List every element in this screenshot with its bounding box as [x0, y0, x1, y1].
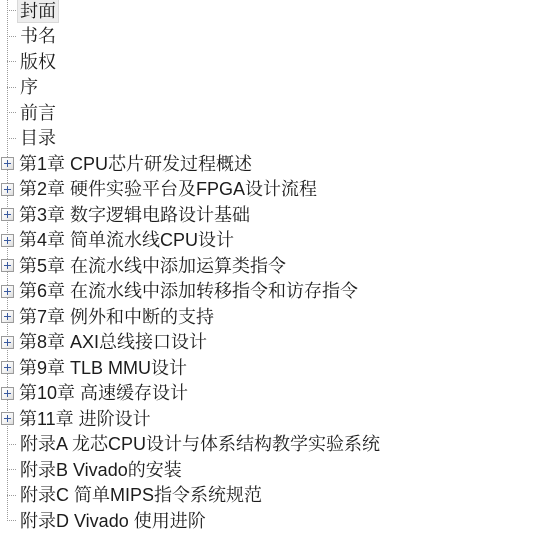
tree-branch-connector — [7, 36, 17, 37]
toc-item-label: 第3章 数字逻辑电路设计基础 — [17, 204, 252, 226]
tree-branch-connector — [7, 112, 17, 113]
expand-plus-box-icon[interactable] — [1, 387, 14, 400]
expand-plus-box-icon[interactable] — [1, 285, 14, 298]
plus-glyph-vertical — [7, 415, 8, 422]
tree-branch-connector — [7, 138, 17, 139]
toc-item[interactable]: 第3章 数字逻辑电路设计基础 — [0, 202, 539, 228]
expand-plus-box-icon[interactable] — [1, 259, 14, 272]
expand-plus-box-icon[interactable] — [1, 310, 14, 323]
toc-item[interactable]: 目录 — [0, 126, 539, 152]
toc-item[interactable]: 第2章 硬件实验平台及FPGA设计流程 — [0, 177, 539, 203]
tree-branch-connector — [7, 520, 17, 521]
toc-item[interactable]: 附录C 简单MIPS指令系统规范 — [0, 483, 539, 509]
plus-glyph-vertical — [7, 262, 8, 269]
toc-item[interactable]: 附录B Vivado的安装 — [0, 457, 539, 483]
toc-item[interactable]: 附录A 龙芯CPU设计与体系结构教学实验系统 — [0, 432, 539, 458]
plus-glyph-vertical — [7, 288, 8, 295]
tree-branch-connector — [7, 495, 17, 496]
plus-glyph-vertical — [7, 237, 8, 244]
toc-item-label: 第6章 在流水线中添加转移指令和访存指令 — [17, 280, 360, 302]
expand-plus-box-icon[interactable] — [1, 183, 14, 196]
toc-item-label: 封面 — [18, 0, 58, 22]
toc-item-label: 第11章 进阶设计 — [17, 408, 153, 430]
toc-item-label: 附录D Vivado 使用进阶 — [18, 510, 208, 532]
toc-item[interactable]: 第7章 例外和中断的支持 — [0, 304, 539, 330]
toc-item-label: 附录C 简单MIPS指令系统规范 — [18, 484, 264, 506]
toc-item-label: 书名 — [18, 25, 58, 47]
toc-item[interactable]: 第9章 TLB MMU设计 — [0, 355, 539, 381]
toc-item[interactable]: 封面 — [0, 0, 539, 24]
toc-item[interactable]: 第6章 在流水线中添加转移指令和访存指令 — [0, 279, 539, 305]
plus-glyph-vertical — [7, 313, 8, 320]
plus-glyph-vertical — [7, 364, 8, 371]
toc-item[interactable]: 第5章 在流水线中添加运算类指令 — [0, 253, 539, 279]
toc-item[interactable]: 第1章 CPU芯片研发过程概述 — [0, 151, 539, 177]
toc-item[interactable]: 附录D Vivado 使用进阶 — [0, 508, 539, 534]
toc-item-label: 前言 — [18, 102, 58, 124]
expand-plus-box-icon[interactable] — [1, 157, 14, 170]
toc-item-label: 第8章 AXI总线接口设计 — [17, 331, 209, 353]
toc-item[interactable]: 书名 — [0, 24, 539, 50]
plus-glyph-vertical — [7, 211, 8, 218]
toc-item-label: 第4章 简单流水线CPU设计 — [17, 229, 236, 251]
toc-item[interactable]: 第8章 AXI总线接口设计 — [0, 330, 539, 356]
toc-item-label: 序 — [18, 76, 40, 98]
plus-glyph-vertical — [7, 390, 8, 397]
toc-rows: 封面 书名 版权 序 前言 — [0, 0, 539, 534]
toc-item-label: 第10章 高速缓存设计 — [17, 382, 190, 404]
toc-item[interactable]: 前言 — [0, 100, 539, 126]
toc-item[interactable]: 版权 — [0, 49, 539, 75]
plus-glyph-vertical — [7, 339, 8, 346]
plus-glyph-vertical — [7, 160, 8, 167]
toc-tree-panel: 封面 书名 版权 序 前言 — [0, 0, 539, 552]
tree-branch-connector — [7, 10, 17, 11]
toc-item-label: 第1章 CPU芯片研发过程概述 — [17, 153, 254, 175]
plus-glyph-vertical — [7, 186, 8, 193]
toc-item-label: 版权 — [18, 51, 58, 73]
expand-plus-box-icon[interactable] — [1, 361, 14, 374]
toc-item-label: 附录B Vivado的安装 — [18, 459, 184, 481]
toc-item-label: 第2章 硬件实验平台及FPGA设计流程 — [17, 178, 319, 200]
toc-item[interactable]: 第10章 高速缓存设计 — [0, 381, 539, 407]
toc-item-label: 第5章 在流水线中添加运算类指令 — [17, 255, 288, 277]
expand-plus-box-icon[interactable] — [1, 412, 14, 425]
toc-item[interactable]: 第11章 进阶设计 — [0, 406, 539, 432]
toc-item[interactable]: 序 — [0, 75, 539, 101]
tree-branch-connector — [7, 469, 17, 470]
toc-item-label: 附录A 龙芯CPU设计与体系结构教学实验系统 — [18, 433, 382, 455]
tree-branch-connector — [7, 61, 17, 62]
toc-item[interactable]: 第4章 简单流水线CPU设计 — [0, 228, 539, 254]
tree-branch-connector — [7, 87, 17, 88]
expand-plus-box-icon[interactable] — [1, 208, 14, 221]
tree-branch-connector — [7, 444, 17, 445]
toc-item-label: 第9章 TLB MMU设计 — [17, 357, 189, 379]
expand-plus-box-icon[interactable] — [1, 336, 14, 349]
toc-item-label: 目录 — [18, 127, 58, 149]
toc-item-label: 第7章 例外和中断的支持 — [17, 306, 216, 328]
expand-plus-box-icon[interactable] — [1, 234, 14, 247]
